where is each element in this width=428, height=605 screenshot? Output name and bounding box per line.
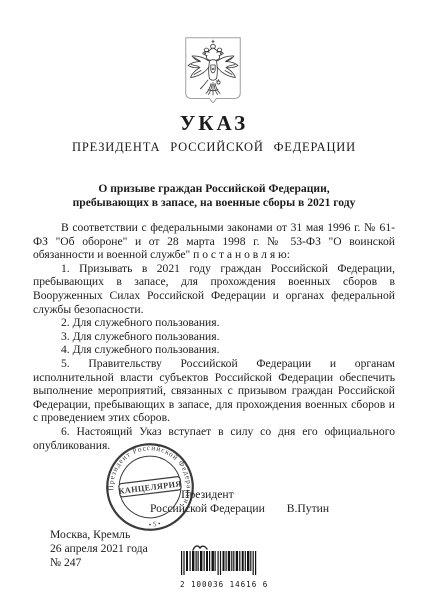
barcode-block: 2 100036 14616 6 [180, 544, 258, 589]
coat-of-arms-emblem [185, 37, 241, 103]
barcode-icon [181, 551, 257, 575]
decree-paragraph: В соответствии с федеральными законами о… [33, 221, 395, 262]
decree-paragraph: 5. Правительству Российской Федерации и … [33, 357, 395, 425]
decree-paragraph: 6. Настоящий Указ вступает в силу со дня… [33, 425, 395, 452]
place-date-block: Москва, Кремль 26 апреля 2021 года № 247 [50, 528, 148, 570]
stamp-bottom-mark: • 5 • [148, 521, 161, 529]
signatory-name: В.Путин [287, 502, 329, 516]
barcode-digits: 2 100036 14616 6 [180, 580, 258, 589]
decree-number: № 247 [50, 556, 148, 570]
signatory-title: Президент Российской Федерации [150, 488, 265, 516]
decree-body: В соответствии с федеральными законами о… [33, 221, 395, 452]
subject-line-2: пребывающих в запасе, на военные сборы в… [0, 196, 428, 210]
signature-block: Президент Российской Федерации В.Путин [150, 488, 329, 516]
print-mark-icon [192, 544, 208, 551]
signing-date: 26 апреля 2021 года [50, 542, 148, 556]
decree-paragraph: 2. Для служебного пользования. [33, 316, 395, 330]
decree-paragraph: 3. Для служебного пользования. [33, 330, 395, 344]
signatory-title-line-2: Российской Федерации [150, 502, 265, 516]
document-subject: О призыве граждан Российской Федерации, … [0, 182, 428, 210]
document-issuer: ПРЕЗИДЕНТА РОССИЙСКОЙ ФЕДЕРАЦИИ [0, 140, 428, 155]
russian-eagle-icon [185, 37, 241, 103]
document-type-title: УКАЗ [0, 111, 428, 136]
decree-paragraph: 4. Для служебного пользования. [33, 343, 395, 357]
decree-paragraph: 1. Призывать в 2021 году граждан Российс… [33, 262, 395, 316]
decree-document-page: УКАЗ ПРЕЗИДЕНТА РОССИЙСКОЙ ФЕДЕРАЦИИ О п… [0, 0, 428, 605]
subject-line-1: О призыве граждан Российской Федерации, [0, 182, 428, 196]
signatory-title-line-1: Президент [150, 488, 265, 502]
signing-place: Москва, Кремль [50, 528, 148, 542]
